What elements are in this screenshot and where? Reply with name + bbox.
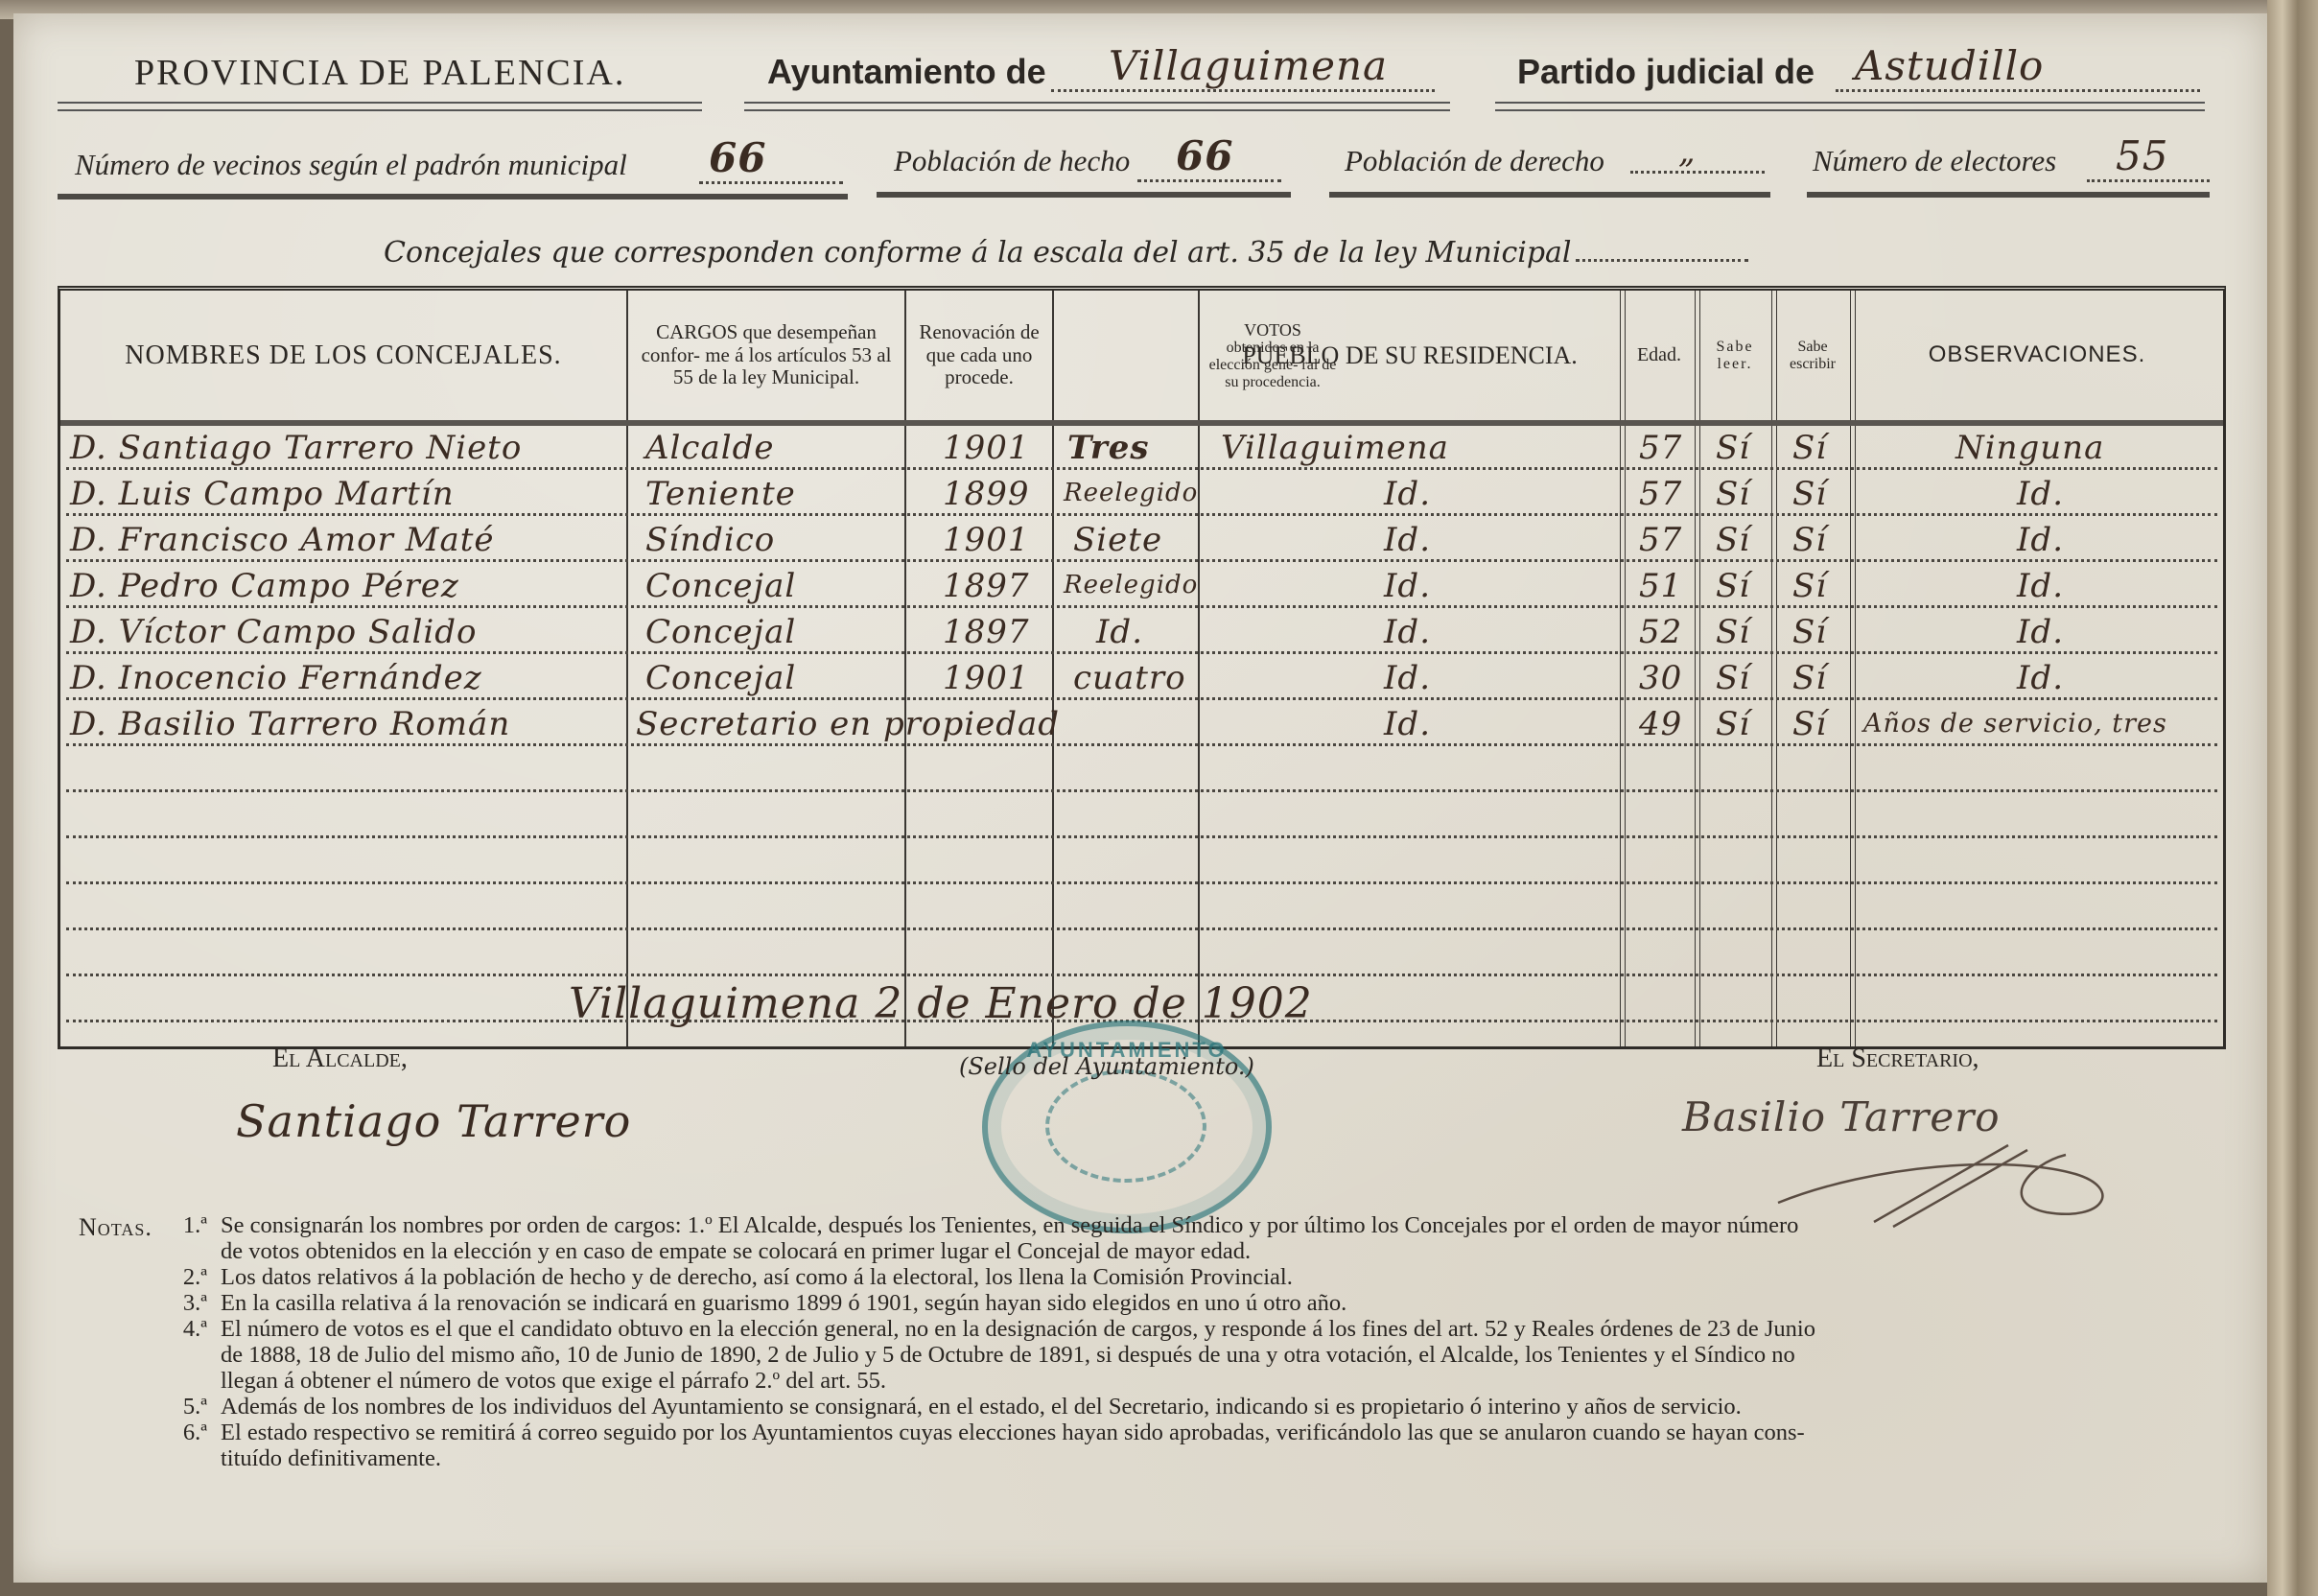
- cell-escribir[interactable]: Sí: [1792, 613, 1827, 651]
- cell-edad[interactable]: 49: [1639, 705, 1682, 743]
- note-item: 5.ª Además de los nombres de los individ…: [138, 1394, 2248, 1420]
- note-item: 2.ª Los datos relativos á la población d…: [138, 1264, 2248, 1290]
- cell-observaciones[interactable]: Id.: [2017, 659, 2064, 697]
- col-divider: [1052, 291, 1054, 1046]
- cell-observaciones[interactable]: Años de servicio, tres: [1863, 709, 2167, 739]
- col-header-cargos: CARGOS que desempeñan confor- me á los a…: [628, 291, 904, 420]
- cell-votos[interactable]: Siete: [1073, 521, 1162, 559]
- ayuntamiento-label: Ayuntamiento de: [767, 52, 1046, 92]
- poblacion-derecho-field[interactable]: „: [1630, 132, 1765, 174]
- province-title: Provincia de Palencia.: [134, 52, 625, 94]
- cell-renovacion[interactable]: 1901: [943, 659, 1030, 697]
- cell-leer[interactable]: Sí: [1716, 705, 1750, 743]
- note-number: 5.ª: [138, 1394, 221, 1420]
- row-line: [66, 835, 2217, 838]
- cell-cargo[interactable]: Síndico: [645, 521, 775, 559]
- cell-observaciones[interactable]: Id.: [2017, 521, 2064, 559]
- alcalde-label: El Alcalde,: [272, 1044, 408, 1074]
- note-line: tituído definitivamente.: [221, 1445, 2248, 1471]
- row-line: [66, 927, 2217, 930]
- cell-nombre[interactable]: D. Santiago Tarrero Nieto: [70, 429, 522, 467]
- note-text: El estado respectivo se remitirá á corre…: [221, 1420, 2248, 1471]
- vecinos-field[interactable]: 66: [699, 134, 843, 184]
- cell-votos[interactable]: Id.: [1096, 613, 1143, 651]
- cell-cargo[interactable]: Alcalde: [645, 429, 775, 467]
- seal-inner-ring: [1045, 1069, 1206, 1183]
- rule: [58, 102, 702, 111]
- cell-leer[interactable]: Sí: [1716, 429, 1750, 467]
- note-line: de 1888, 18 de Julio del mismo año, 10 d…: [221, 1342, 2248, 1368]
- note-number: 4.ª: [138, 1316, 221, 1394]
- electores-field[interactable]: 55: [2087, 132, 2210, 182]
- cell-escribir[interactable]: Sí: [1792, 659, 1827, 697]
- note-line: llegan á obtener el número de votos que …: [221, 1368, 2248, 1394]
- cell-escribir[interactable]: Sí: [1792, 429, 1827, 467]
- rule: [1807, 192, 2210, 198]
- cell-escribir[interactable]: Sí: [1792, 567, 1827, 605]
- col-header-observaciones: OBSERVACIONES.: [1854, 291, 2220, 420]
- note-number: 2.ª: [138, 1264, 221, 1290]
- row-line: [66, 881, 2217, 884]
- cell-votos[interactable]: Reelegido: [1064, 571, 1198, 599]
- secretario-label: El Secretario,: [1816, 1044, 1979, 1074]
- header-separator: [60, 420, 2223, 426]
- cell-nombre[interactable]: D. Francisco Amor Maté: [70, 521, 495, 559]
- col-header-renovacion: Renovación de que cada uno procede.: [906, 291, 1052, 420]
- cell-renovacion[interactable]: 1897: [943, 567, 1030, 605]
- cell-pueblo[interactable]: Id.: [1384, 567, 1431, 605]
- cell-observaciones[interactable]: Id.: [2017, 567, 2064, 605]
- rule: [58, 194, 848, 199]
- row-line: [66, 605, 2217, 608]
- row-line: [66, 789, 2217, 792]
- cell-edad[interactable]: 51: [1639, 567, 1682, 605]
- cell-edad[interactable]: 52: [1639, 613, 1682, 651]
- concejales-field[interactable]: [1576, 259, 1748, 262]
- partido-field[interactable]: Astudillo: [1836, 42, 2200, 92]
- note-item: 4.ª El número de votos es el que el cand…: [138, 1316, 2248, 1394]
- col-header-pueblo: PUEBLO DE SU RESIDENCIA.: [1200, 291, 1620, 420]
- alcalde-signature: Santiago Tarrero: [236, 1095, 631, 1147]
- concejales-line: Concejales que corresponden conforme á l…: [384, 236, 1748, 270]
- cell-edad[interactable]: 57: [1639, 429, 1682, 467]
- book-binding-edge: [2267, 0, 2318, 1596]
- cell-cargo[interactable]: Concejal: [645, 659, 796, 697]
- ayuntamiento-field[interactable]: Villaguimena: [1051, 42, 1435, 92]
- note-line: El estado respectivo se remitirá á corre…: [221, 1420, 2248, 1445]
- row-line: [66, 559, 2217, 562]
- row-line: [66, 513, 2217, 516]
- cell-leer[interactable]: Sí: [1716, 475, 1750, 513]
- col-header-nombres: NOMBRES DE LOS CONCEJALES.: [60, 291, 626, 420]
- notes-label: Notas.: [79, 1214, 152, 1240]
- cell-leer[interactable]: Sí: [1716, 567, 1750, 605]
- cell-leer[interactable]: Sí: [1716, 613, 1750, 651]
- cell-nombre[interactable]: D. Inocencio Fernández: [70, 659, 482, 697]
- document-page: Provincia de Palencia. Ayuntamiento de V…: [13, 13, 2267, 1583]
- note-number: 3.ª: [138, 1290, 221, 1316]
- row-line: [66, 974, 2217, 976]
- col-header-edad: Edad.: [1624, 291, 1695, 420]
- note-text: El número de votos es el que el candidat…: [221, 1316, 2248, 1394]
- note-text: Los datos relativos á la población de he…: [221, 1264, 2248, 1290]
- cell-pueblo[interactable]: Villaguimena: [1221, 429, 1449, 467]
- cell-cargo[interactable]: Concejal: [645, 567, 796, 605]
- cell-nombre[interactable]: D. Luis Campo Martín: [70, 475, 455, 513]
- note-line: En la casilla relativa á la renovación s…: [221, 1290, 2248, 1316]
- cell-pueblo[interactable]: Id.: [1384, 521, 1431, 559]
- note-line: de votos obtenidos en la elección y en c…: [221, 1238, 2248, 1264]
- cell-renovacion[interactable]: 1899: [943, 475, 1030, 513]
- row-line: [66, 467, 2217, 470]
- row-line: [66, 743, 2217, 746]
- cell-cargo[interactable]: Concejal: [645, 613, 796, 651]
- cell-edad[interactable]: 57: [1639, 521, 1682, 559]
- cell-leer[interactable]: Sí: [1716, 659, 1750, 697]
- cell-edad[interactable]: 30: [1639, 659, 1682, 697]
- date-line: Villaguimena 2 de Enero de 1902: [569, 979, 1313, 1028]
- cell-renovacion[interactable]: 1901: [943, 429, 1030, 467]
- cell-escribir[interactable]: Sí: [1792, 705, 1827, 743]
- note-line: Los datos relativos á la población de he…: [221, 1264, 2248, 1290]
- cell-observaciones[interactable]: Ninguna: [1955, 429, 2104, 467]
- row-line: [66, 697, 2217, 700]
- rule: [744, 102, 1450, 111]
- note-number: 6.ª: [138, 1420, 221, 1471]
- cell-votos[interactable]: Tres: [1067, 429, 1150, 467]
- note-item: 6.ª El estado respectivo se remitirá á c…: [138, 1420, 2248, 1471]
- cell-pueblo[interactable]: Id.: [1384, 475, 1431, 513]
- note-line: Además de los nombres de los individuos …: [221, 1394, 2248, 1420]
- cell-votos[interactable]: Reelegido: [1064, 479, 1198, 507]
- poblacion-hecho-label: Población de hecho: [894, 144, 1130, 178]
- note-text: Se consignarán los nombres por orden de …: [221, 1212, 2248, 1264]
- concejales-table: NOMBRES DE LOS CONCEJALES. CARGOS que de…: [58, 286, 2226, 1049]
- note-line: Se consignarán los nombres por orden de …: [221, 1212, 2248, 1238]
- electores-label: Número de electores: [1813, 144, 2056, 178]
- cell-edad[interactable]: 57: [1639, 475, 1682, 513]
- cell-cargo[interactable]: Secretario en propiedad: [636, 705, 1060, 743]
- cell-renovacion[interactable]: 1897: [943, 613, 1030, 651]
- cell-escribir[interactable]: Sí: [1792, 521, 1827, 559]
- note-text: En la casilla relativa á la renovación s…: [221, 1290, 2248, 1316]
- col-header-sabe-escribir: Sabe escribir: [1775, 291, 1850, 420]
- note-line: El número de votos es el que el candidat…: [221, 1316, 2248, 1342]
- cell-observaciones[interactable]: Id.: [2017, 475, 2064, 513]
- poblacion-hecho-field[interactable]: 66: [1137, 132, 1281, 182]
- cell-pueblo[interactable]: Id.: [1384, 659, 1431, 697]
- cell-pueblo[interactable]: Id.: [1384, 705, 1431, 743]
- secretario-signature: Basilio Tarrero: [1682, 1093, 2001, 1140]
- cell-observaciones[interactable]: Id.: [2017, 613, 2064, 651]
- cell-nombre[interactable]: D. Víctor Campo Salido: [70, 613, 477, 651]
- sello-label: (Sello del Ayuntamiento.): [959, 1053, 1254, 1080]
- rule: [1495, 102, 2205, 111]
- concejales-line-text: Concejales que corresponden conforme á l…: [384, 236, 1572, 270]
- row-line: [66, 651, 2217, 654]
- rule: [1329, 192, 1770, 198]
- col-header-sabe-leer: Sabe leer.: [1698, 291, 1771, 420]
- partido-label: Partido judicial de: [1517, 52, 1815, 92]
- rule: [877, 192, 1291, 198]
- note-item: 1.ª Se consignarán los nombres por orden…: [138, 1212, 2248, 1264]
- note-text: Además de los nombres de los individuos …: [221, 1394, 2248, 1420]
- notes-section: Notas. 1.ª Se consignarán los nombres po…: [71, 1212, 2248, 1471]
- vecinos-label: Número de vecinos según el padrón munici…: [75, 148, 627, 182]
- cell-renovacion[interactable]: 1901: [943, 521, 1030, 559]
- cell-nombre[interactable]: D. Pedro Campo Pérez: [70, 567, 459, 605]
- poblacion-derecho-label: Población de derecho: [1345, 144, 1604, 178]
- cell-pueblo[interactable]: Id.: [1384, 613, 1431, 651]
- cell-votos[interactable]: cuatro: [1073, 659, 1186, 697]
- cell-escribir[interactable]: Sí: [1792, 475, 1827, 513]
- cell-cargo[interactable]: Teniente: [645, 475, 796, 513]
- cell-nombre[interactable]: D. Basilio Tarrero Román: [70, 705, 510, 743]
- cell-leer[interactable]: Sí: [1716, 521, 1750, 559]
- note-item: 3.ª En la casilla relativa á la renovaci…: [138, 1290, 2248, 1316]
